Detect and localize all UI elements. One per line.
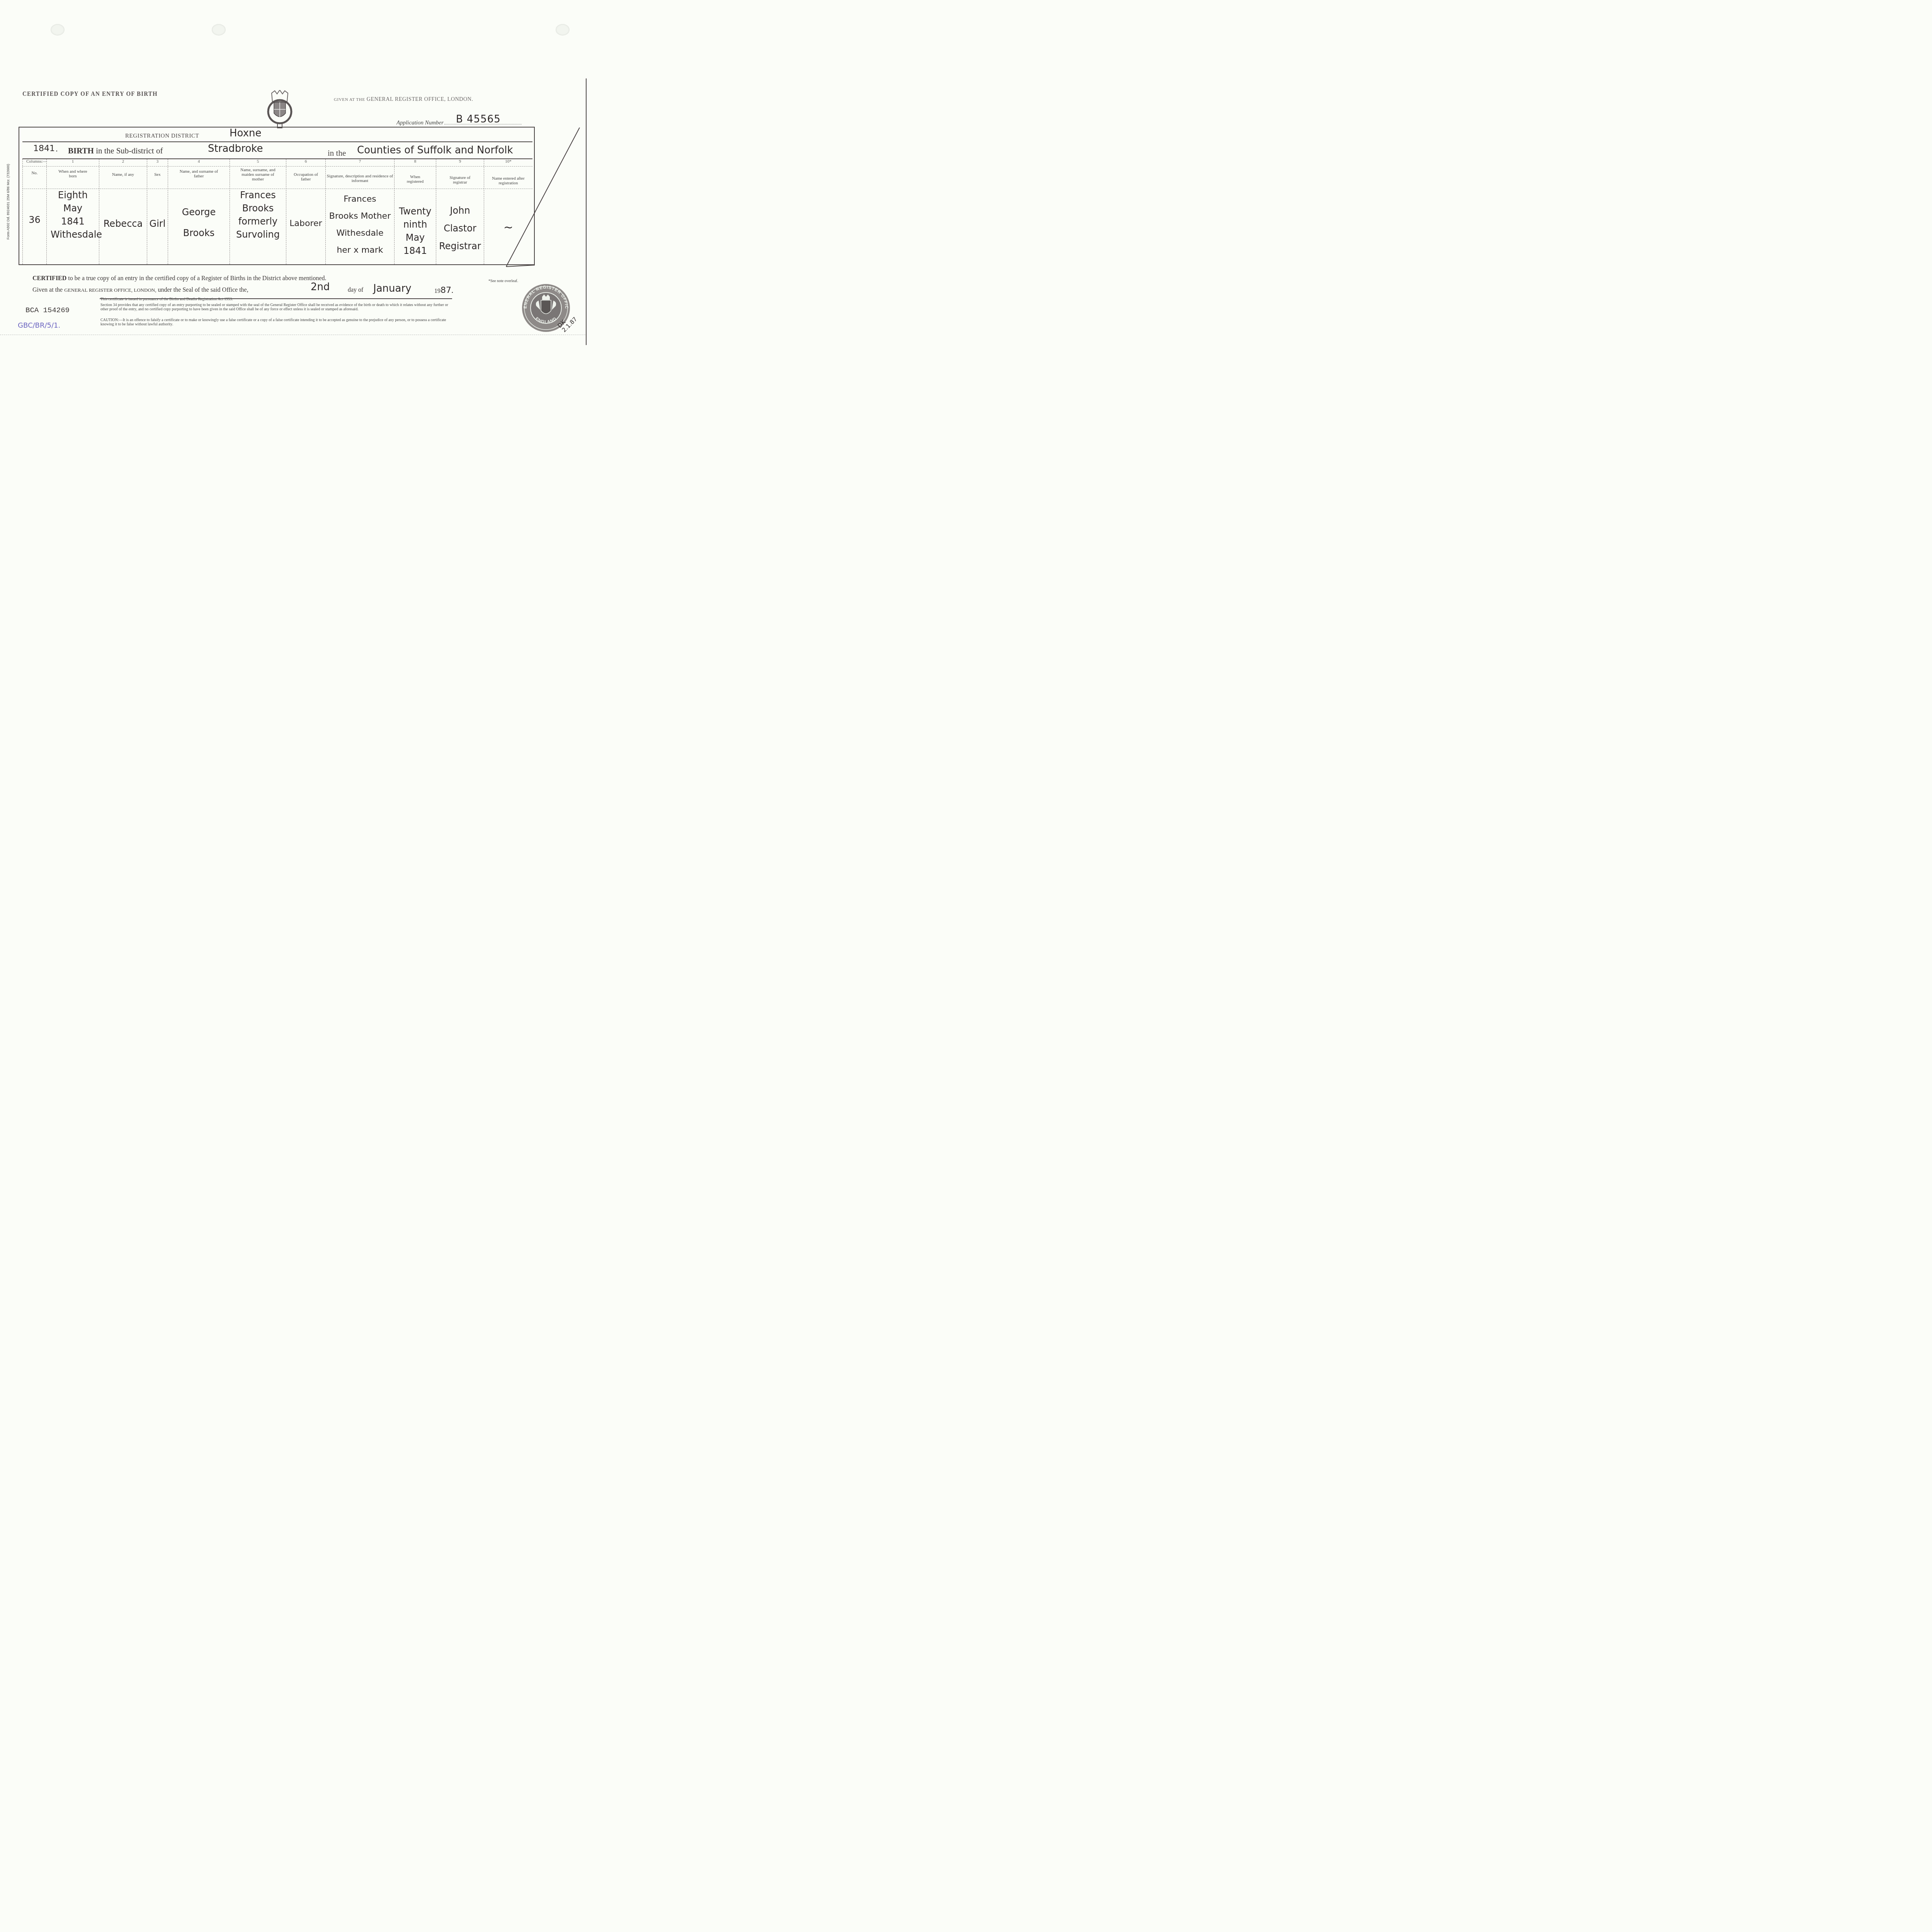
informant-details: Frances Brooks Mother Withesdale her x m… bbox=[326, 191, 394, 259]
given-at-statement: Given at the GENERAL REGISTER OFFICE, LO… bbox=[32, 287, 248, 294]
column-registrar: 9 Signature of registrar John Clastor Re… bbox=[436, 159, 484, 264]
registration-date: Twenty ninth May 1841 bbox=[395, 205, 436, 257]
certification-statement: CERTIFIED to be a true copy of an entry … bbox=[32, 275, 327, 282]
father-name: George Brooks bbox=[168, 202, 230, 243]
registration-district-row: REGISTRATION DISTRICT Hoxne bbox=[22, 130, 532, 142]
subdistrict-value: Stradbroke bbox=[208, 143, 263, 155]
subdistrict-row: 1841 . BIRTH in the Sub-district of Stra… bbox=[22, 142, 532, 159]
page-edge bbox=[0, 335, 585, 335]
section-34-notice: Section 34 provides that any certified c… bbox=[100, 303, 452, 311]
archive-reference: GBC/BR/5/1. bbox=[18, 321, 60, 330]
issuing-office: Given at the GENERAL REGISTER OFFICE, LO… bbox=[334, 97, 473, 103]
column-when-registered: 8 When registered Twenty ninth May 1841 bbox=[394, 159, 436, 264]
entry-year: 1841 bbox=[33, 144, 55, 153]
caution-notice: CAUTION:—It is an offence to falsify a c… bbox=[100, 318, 452, 327]
entry-table: Columns:— No. 36 1 When and where born E… bbox=[22, 159, 532, 264]
child-name: Rebecca bbox=[99, 217, 147, 230]
issue-year: 1987. bbox=[434, 285, 454, 295]
column-name: 2 Name, if any Rebecca bbox=[99, 159, 147, 264]
issue-day: 2nd bbox=[311, 281, 330, 293]
entry-number: 36 bbox=[23, 213, 46, 226]
mother-name: Frances Brooks formerly Survoling bbox=[230, 189, 286, 241]
name-after-registration: ~ bbox=[484, 221, 532, 234]
column-no: No. 36 bbox=[22, 159, 46, 264]
act-notice: This certificate is issued in pursuance … bbox=[100, 297, 452, 301]
certificate-title: CERTIFIED COPY OF AN ENTRY OF BIRTH bbox=[22, 91, 158, 98]
punch-hole bbox=[212, 24, 226, 36]
column-when-where-born: 1 When and where born Eighth May 1841 Wi… bbox=[46, 159, 99, 264]
issue-month: January bbox=[373, 283, 412, 294]
certificate-serial-number: BCA 154269 bbox=[26, 306, 70, 315]
county-value: Counties of Suffolk and Norfolk bbox=[357, 145, 513, 156]
father-occupation: Laborer bbox=[286, 217, 325, 230]
column-name-after-registration: 10* Name entered after registration ~ bbox=[484, 159, 532, 264]
column-sex: 3 Sex Girl bbox=[147, 159, 168, 264]
see-note-overleaf: *See note overleaf. bbox=[488, 279, 518, 283]
birth-date-place: Eighth May 1841 Withesdale bbox=[47, 189, 99, 241]
form-reference-print: Form A502 Dd. 8924031 25M 6/86 Mcr. (732… bbox=[6, 164, 10, 240]
punch-hole bbox=[556, 24, 570, 36]
registration-district-value: Hoxne bbox=[230, 128, 262, 139]
punch-hole bbox=[51, 24, 65, 36]
column-informant: 7 Signature, description and residence o… bbox=[325, 159, 394, 264]
column-father-occupation: 6 Occupation of father Laborer bbox=[286, 159, 325, 264]
registrar-signature: John Clastor Registrar bbox=[436, 202, 484, 255]
application-number-value: B 45565 bbox=[456, 114, 501, 125]
child-sex: Girl bbox=[147, 217, 168, 230]
royal-crest-icon bbox=[264, 90, 296, 129]
column-father: 4 Name, and surname of father George Bro… bbox=[168, 159, 230, 264]
birth-subdistrict-label: BIRTH in the Sub-district of bbox=[68, 146, 163, 156]
column-mother: 5 Name, surname, and maiden surname of m… bbox=[230, 159, 286, 264]
